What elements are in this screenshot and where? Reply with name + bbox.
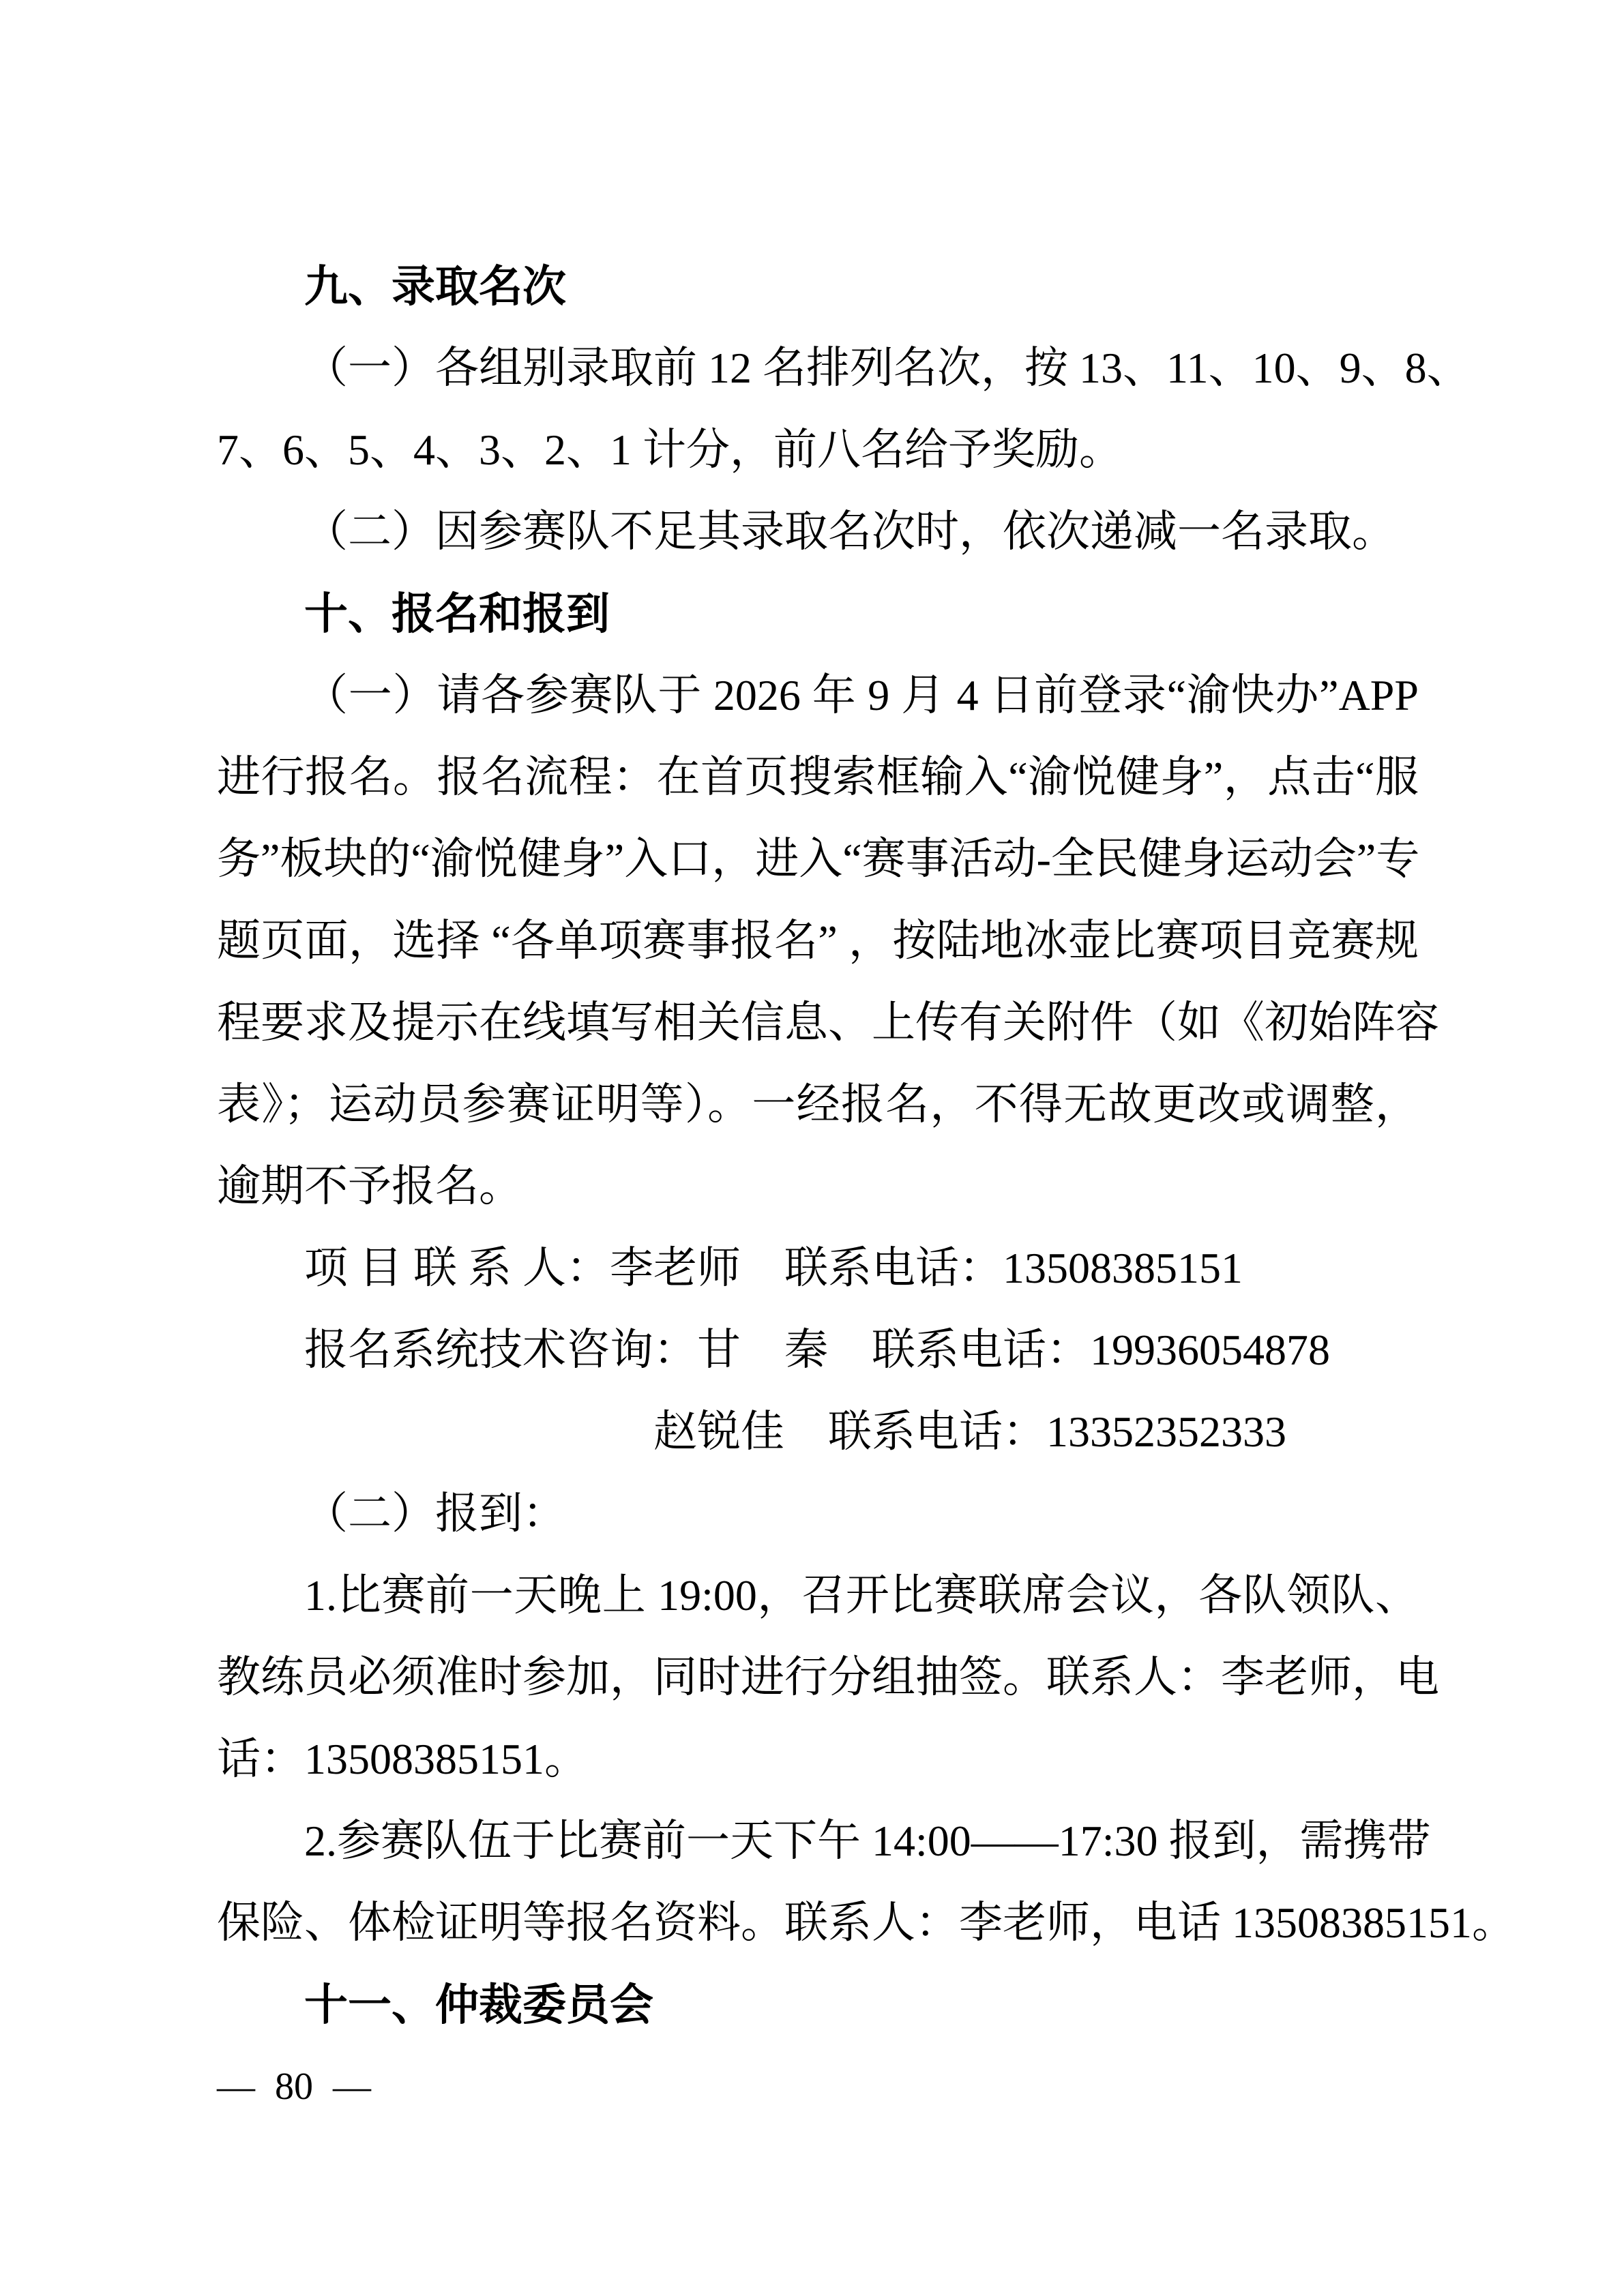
para-registration-line-2: 进行报名。报名流程：在首页搜索框输入“渝悦健身”，点击“服 bbox=[217, 736, 1419, 818]
para-ranking-line-1: （一）各组别录取前 12 名排列名次，按 13、11、10、9、8、 bbox=[217, 327, 1419, 409]
para-meeting-line-2: 教练员必须准时参加，同时进行分组抽签。联系人：李老师，电 bbox=[217, 1637, 1419, 1718]
para-meeting-line-3: 话：13508385151。 bbox=[217, 1718, 1419, 1800]
para-registration-line-5: 程要求及提示在线填写相关信息、上传有关附件（如《初始阵容 bbox=[217, 982, 1419, 1064]
para-meeting-line-1: 1.比赛前一天晚上 19:00，召开比赛联席会议，各队领队、 bbox=[217, 1555, 1419, 1637]
para-registration-line-1: （一）请各参赛队于 2026 年 9 月 4 日前登录“渝快办”APP bbox=[217, 655, 1419, 736]
para-registration-line-3: 务”板块的“渝悦健身”入口，进入“赛事活动-全民健身运动会”专 bbox=[217, 818, 1419, 900]
para-ranking-reduction: （二）因参赛队不足其录取名次时，依次递减一名录取。 bbox=[217, 491, 1419, 573]
document-page: 九、录取名次 （一）各组别录取前 12 名排列名次，按 13、11、10、9、8… bbox=[0, 0, 1624, 2296]
para-report-time-line-2: 保险、体检证明等报名资料。联系人：李老师，电话 13508385151。 bbox=[217, 1882, 1419, 1964]
heading-section-ten: 十、报名和报到 bbox=[217, 573, 1419, 655]
para-ranking-line-2: 7、6、5、4、3、2、1 计分，前八名给予奖励。 bbox=[217, 409, 1419, 491]
para-registration-line-6: 表》；运动员参赛证明等）。一经报名，不得无故更改或调整， bbox=[217, 1064, 1419, 1146]
contact-project-line: 项 目 联 系 人：李老师 联系电话：13508385151 bbox=[217, 1227, 1419, 1309]
contact-tech-line-2: 赵锐佳 联系电话：13352352333 bbox=[217, 1391, 1419, 1473]
para-checkin-label: （二）报到： bbox=[217, 1473, 1419, 1555]
heading-section-eleven: 十一、仲裁委员会 bbox=[217, 1964, 1419, 2046]
page-number: — 80 — bbox=[217, 2046, 1419, 2128]
document-body: 九、录取名次 （一）各组别录取前 12 名排列名次，按 13、11、10、9、8… bbox=[217, 245, 1419, 2128]
para-report-time-line-1: 2.参赛队伍于比赛前一天下午 14:00——17:30 报到，需携带 bbox=[217, 1800, 1419, 1882]
para-registration-line-7: 逾期不予报名。 bbox=[217, 1146, 1419, 1227]
contact-tech-line-1: 报名系统技术咨询：甘 秦 联系电话：19936054878 bbox=[217, 1309, 1419, 1391]
heading-section-nine: 九、录取名次 bbox=[217, 245, 1419, 327]
para-registration-line-4: 题页面，选择 “各单项赛事报名” ，按陆地冰壶比赛项目竞赛规 bbox=[217, 900, 1419, 982]
